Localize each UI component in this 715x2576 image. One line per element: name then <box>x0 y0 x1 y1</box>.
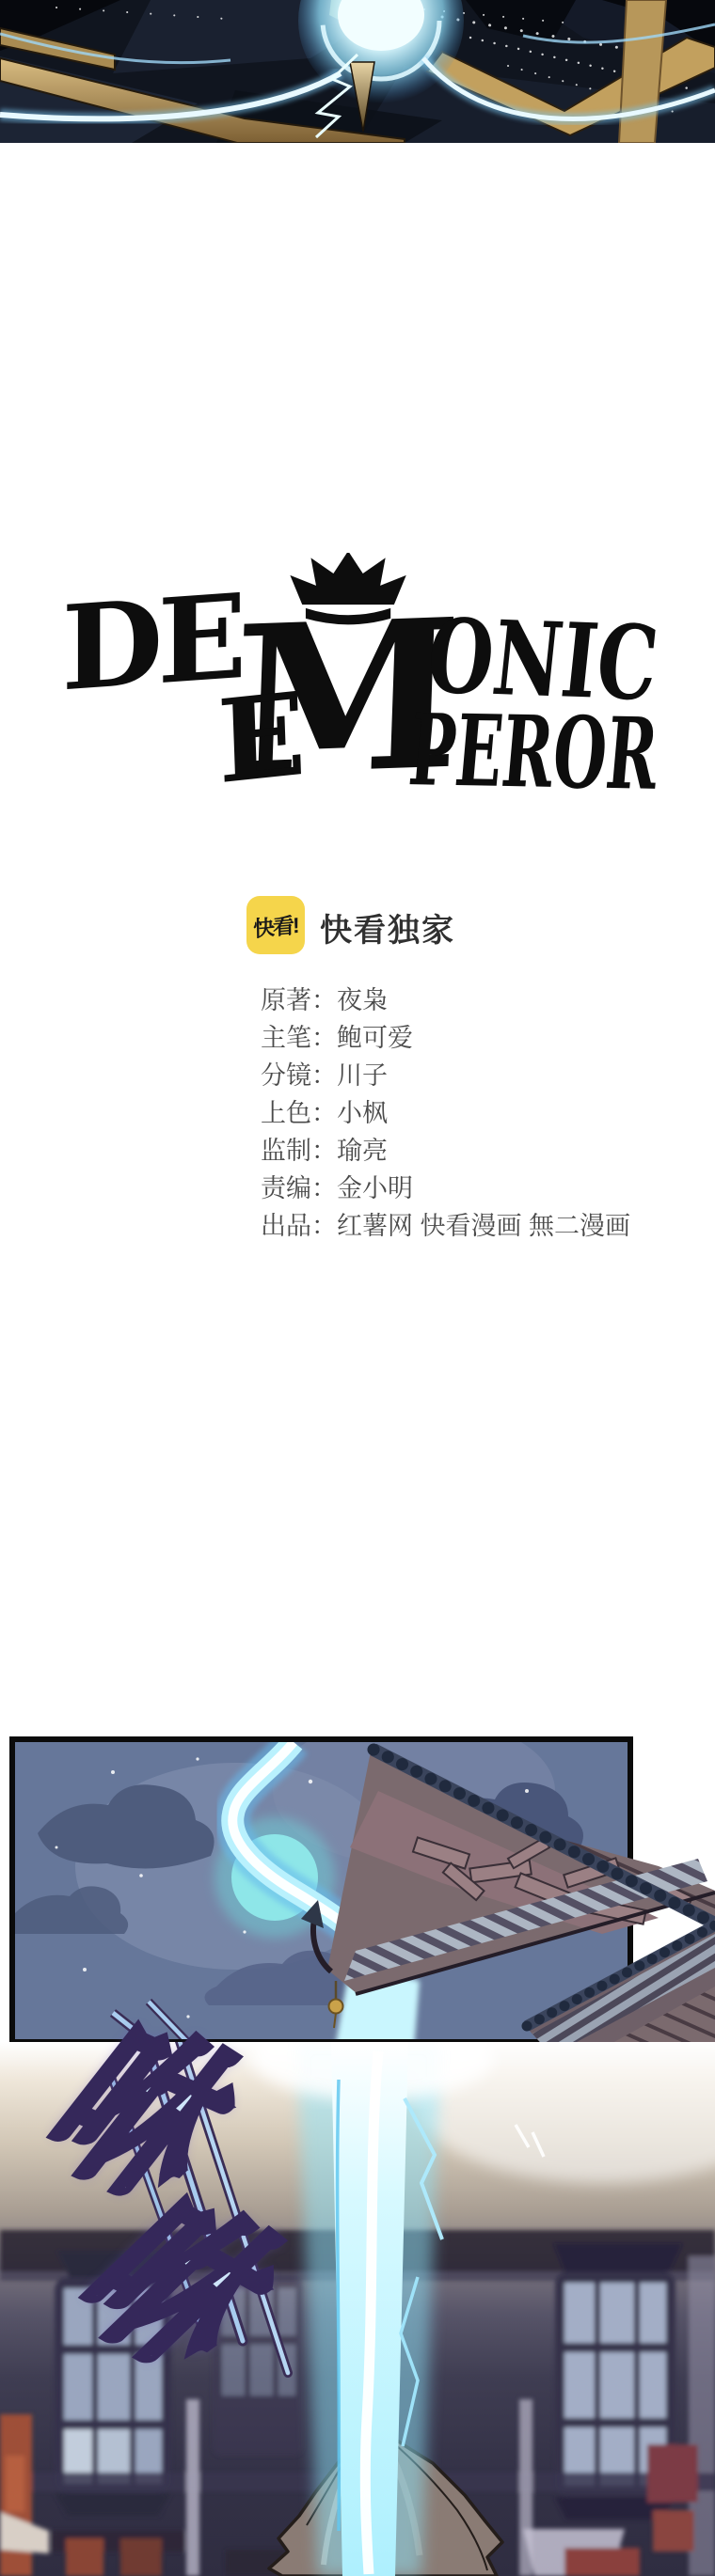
temple-night-panel-art <box>0 1735 715 2049</box>
credit-row-production: 出品：红薯网 快看漫画 無二漫画 <box>261 1207 630 1245</box>
credit-separator: ： <box>311 1174 337 1202</box>
credit-value: 川子 <box>337 1061 388 1090</box>
credit-value: 小枫 <box>337 1099 388 1127</box>
kuaikan-badge: 快看! <box>246 896 305 954</box>
exclusive-label: 快看独家 <box>320 904 455 950</box>
credit-label: 上色 <box>261 1099 311 1127</box>
series-logo-art: M DE ONIC E PEROR <box>38 553 677 790</box>
credit-row-supervisor: 监制：瑜亮 <box>261 1132 630 1170</box>
comic-episode-page: M DE ONIC E PEROR 快看! 快看独家 原著：夜枭 主笔：鲍可爱 … <box>0 0 715 2576</box>
credit-row-original-author: 原著：夜枭 <box>261 982 630 1019</box>
credit-row-storyboard: 分镜：川子 <box>261 1057 630 1094</box>
temple-night-panel <box>0 1735 715 2049</box>
credit-separator: ： <box>311 1099 337 1127</box>
credits-block: 原著：夜枭 主笔：鲍可爱 分镜：川子 上色：小枫 监制：瑜亮 责编：金小明 出品… <box>261 982 630 1245</box>
credit-label: 监制 <box>261 1137 311 1165</box>
credit-value: 金小明 <box>337 1174 413 1202</box>
series-logo: M DE ONIC E PEROR <box>38 553 677 790</box>
credit-row-lead-artist: 主笔：鲍可爱 <box>261 1019 630 1057</box>
credit-separator: ： <box>311 1212 337 1240</box>
credit-row-coloring: 上色：小枫 <box>261 1094 630 1132</box>
logo-line2-right: PEROR <box>405 692 663 790</box>
logo-line1-left: DE <box>61 569 241 718</box>
credit-separator: ： <box>311 1137 337 1165</box>
credit-value: 红薯网 快看漫画 無二漫画 <box>337 1212 630 1240</box>
credit-value: 瑜亮 <box>337 1137 388 1165</box>
credit-separator: ： <box>311 1024 337 1052</box>
credit-separator: ： <box>311 1061 337 1090</box>
top-energy-panel <box>0 0 715 143</box>
credit-label: 分镜 <box>261 1061 311 1090</box>
credit-value: 夜枭 <box>337 986 388 1014</box>
top-energy-panel-art <box>0 0 715 143</box>
credit-label: 原著 <box>261 986 311 1014</box>
kuaikan-badge-text: 快看! <box>253 907 298 942</box>
credit-value: 鲍可爱 <box>337 1024 413 1052</box>
credit-label: 出品 <box>261 1212 311 1240</box>
roof-bell <box>329 2000 343 2014</box>
credit-label: 责编 <box>261 1174 311 1202</box>
logo-line2-left: E <box>215 666 308 790</box>
credit-separator: ： <box>311 986 337 1014</box>
credit-label: 主笔 <box>261 1024 311 1052</box>
credit-row-editor: 责编：金小明 <box>261 1170 630 1207</box>
